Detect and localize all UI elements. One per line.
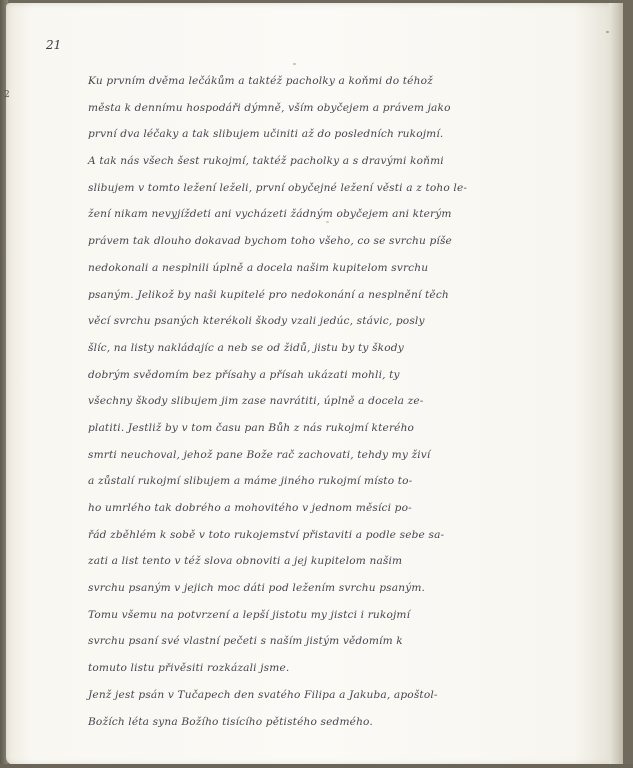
- page-number: 21: [46, 38, 61, 52]
- text-line: slibujem v tomto ležení leželi, první ob…: [88, 175, 548, 202]
- text-line: Tomu všemu na potvrzení a lepší jistotu …: [88, 602, 548, 629]
- text-line: Ku prvním dvěma lečákům a taktéž pacholk…: [88, 68, 548, 95]
- text-line: a zůstalí rukojmí slibujem a máme jiného…: [88, 468, 548, 495]
- margin-mark: 2: [4, 90, 10, 100]
- text-line: všechny škody slibujem jim zase navrátit…: [88, 388, 548, 415]
- text-line: šlíc, na listy nakládajíc a neb se od ži…: [88, 335, 548, 362]
- text-line: zati a list tento v též slova obnoviti a…: [88, 548, 548, 575]
- text-line: dobrým svědomím bez přísahy a přísah uká…: [88, 362, 548, 389]
- text-line: Jenž jest psán v Tučapech den svatého Fi…: [88, 682, 548, 709]
- text-line: platiti. Jestliž by v tom času pan Bůh z…: [88, 415, 548, 442]
- text-line: psaným. Jelikož by naši kupitelé pro ned…: [88, 282, 548, 309]
- text-line: Božích léta syna Božího tisícího pětisté…: [88, 709, 548, 736]
- text-line: žení nikam nevyjíždeti ani vycházeti žád…: [88, 201, 548, 228]
- text-line: řád zběhlém k sobě v toto rukojemství př…: [88, 522, 548, 549]
- handwritten-text-block: Ku prvním dvěma lečákům a taktéž pacholk…: [88, 68, 548, 735]
- text-line: svrchu psaní své vlastní pečeti s naším …: [88, 628, 548, 655]
- text-line: právem tak dlouho dokavad bychom toho vš…: [88, 228, 548, 255]
- text-line: ho umrlého tak dobrého a mohovitého v je…: [88, 495, 548, 522]
- text-line: první dva léčaky a tak slibujem učiniti …: [88, 121, 548, 148]
- book-bottom-edge: [0, 764, 633, 768]
- text-line: tomuto listu přivěsiti rozkázali jsme.: [88, 655, 548, 682]
- text-line: věcí svrchu psaných kterékoli škody vzal…: [88, 308, 548, 335]
- text-line: A tak nás všech šest rukojmí, taktéž pac…: [88, 148, 548, 175]
- text-line: svrchu psaným v jejich moc dáti pod leže…: [88, 575, 548, 602]
- paper-speck: [293, 63, 296, 65]
- text-line: města k dennímu hospodáři dýmně, vším ob…: [88, 95, 548, 122]
- text-line: smrti neuchoval, jehož pane Bože rač zac…: [88, 442, 548, 469]
- text-line: nedokonali a nesplnili úplně a docela na…: [88, 255, 548, 282]
- paper-stain: [606, 31, 609, 33]
